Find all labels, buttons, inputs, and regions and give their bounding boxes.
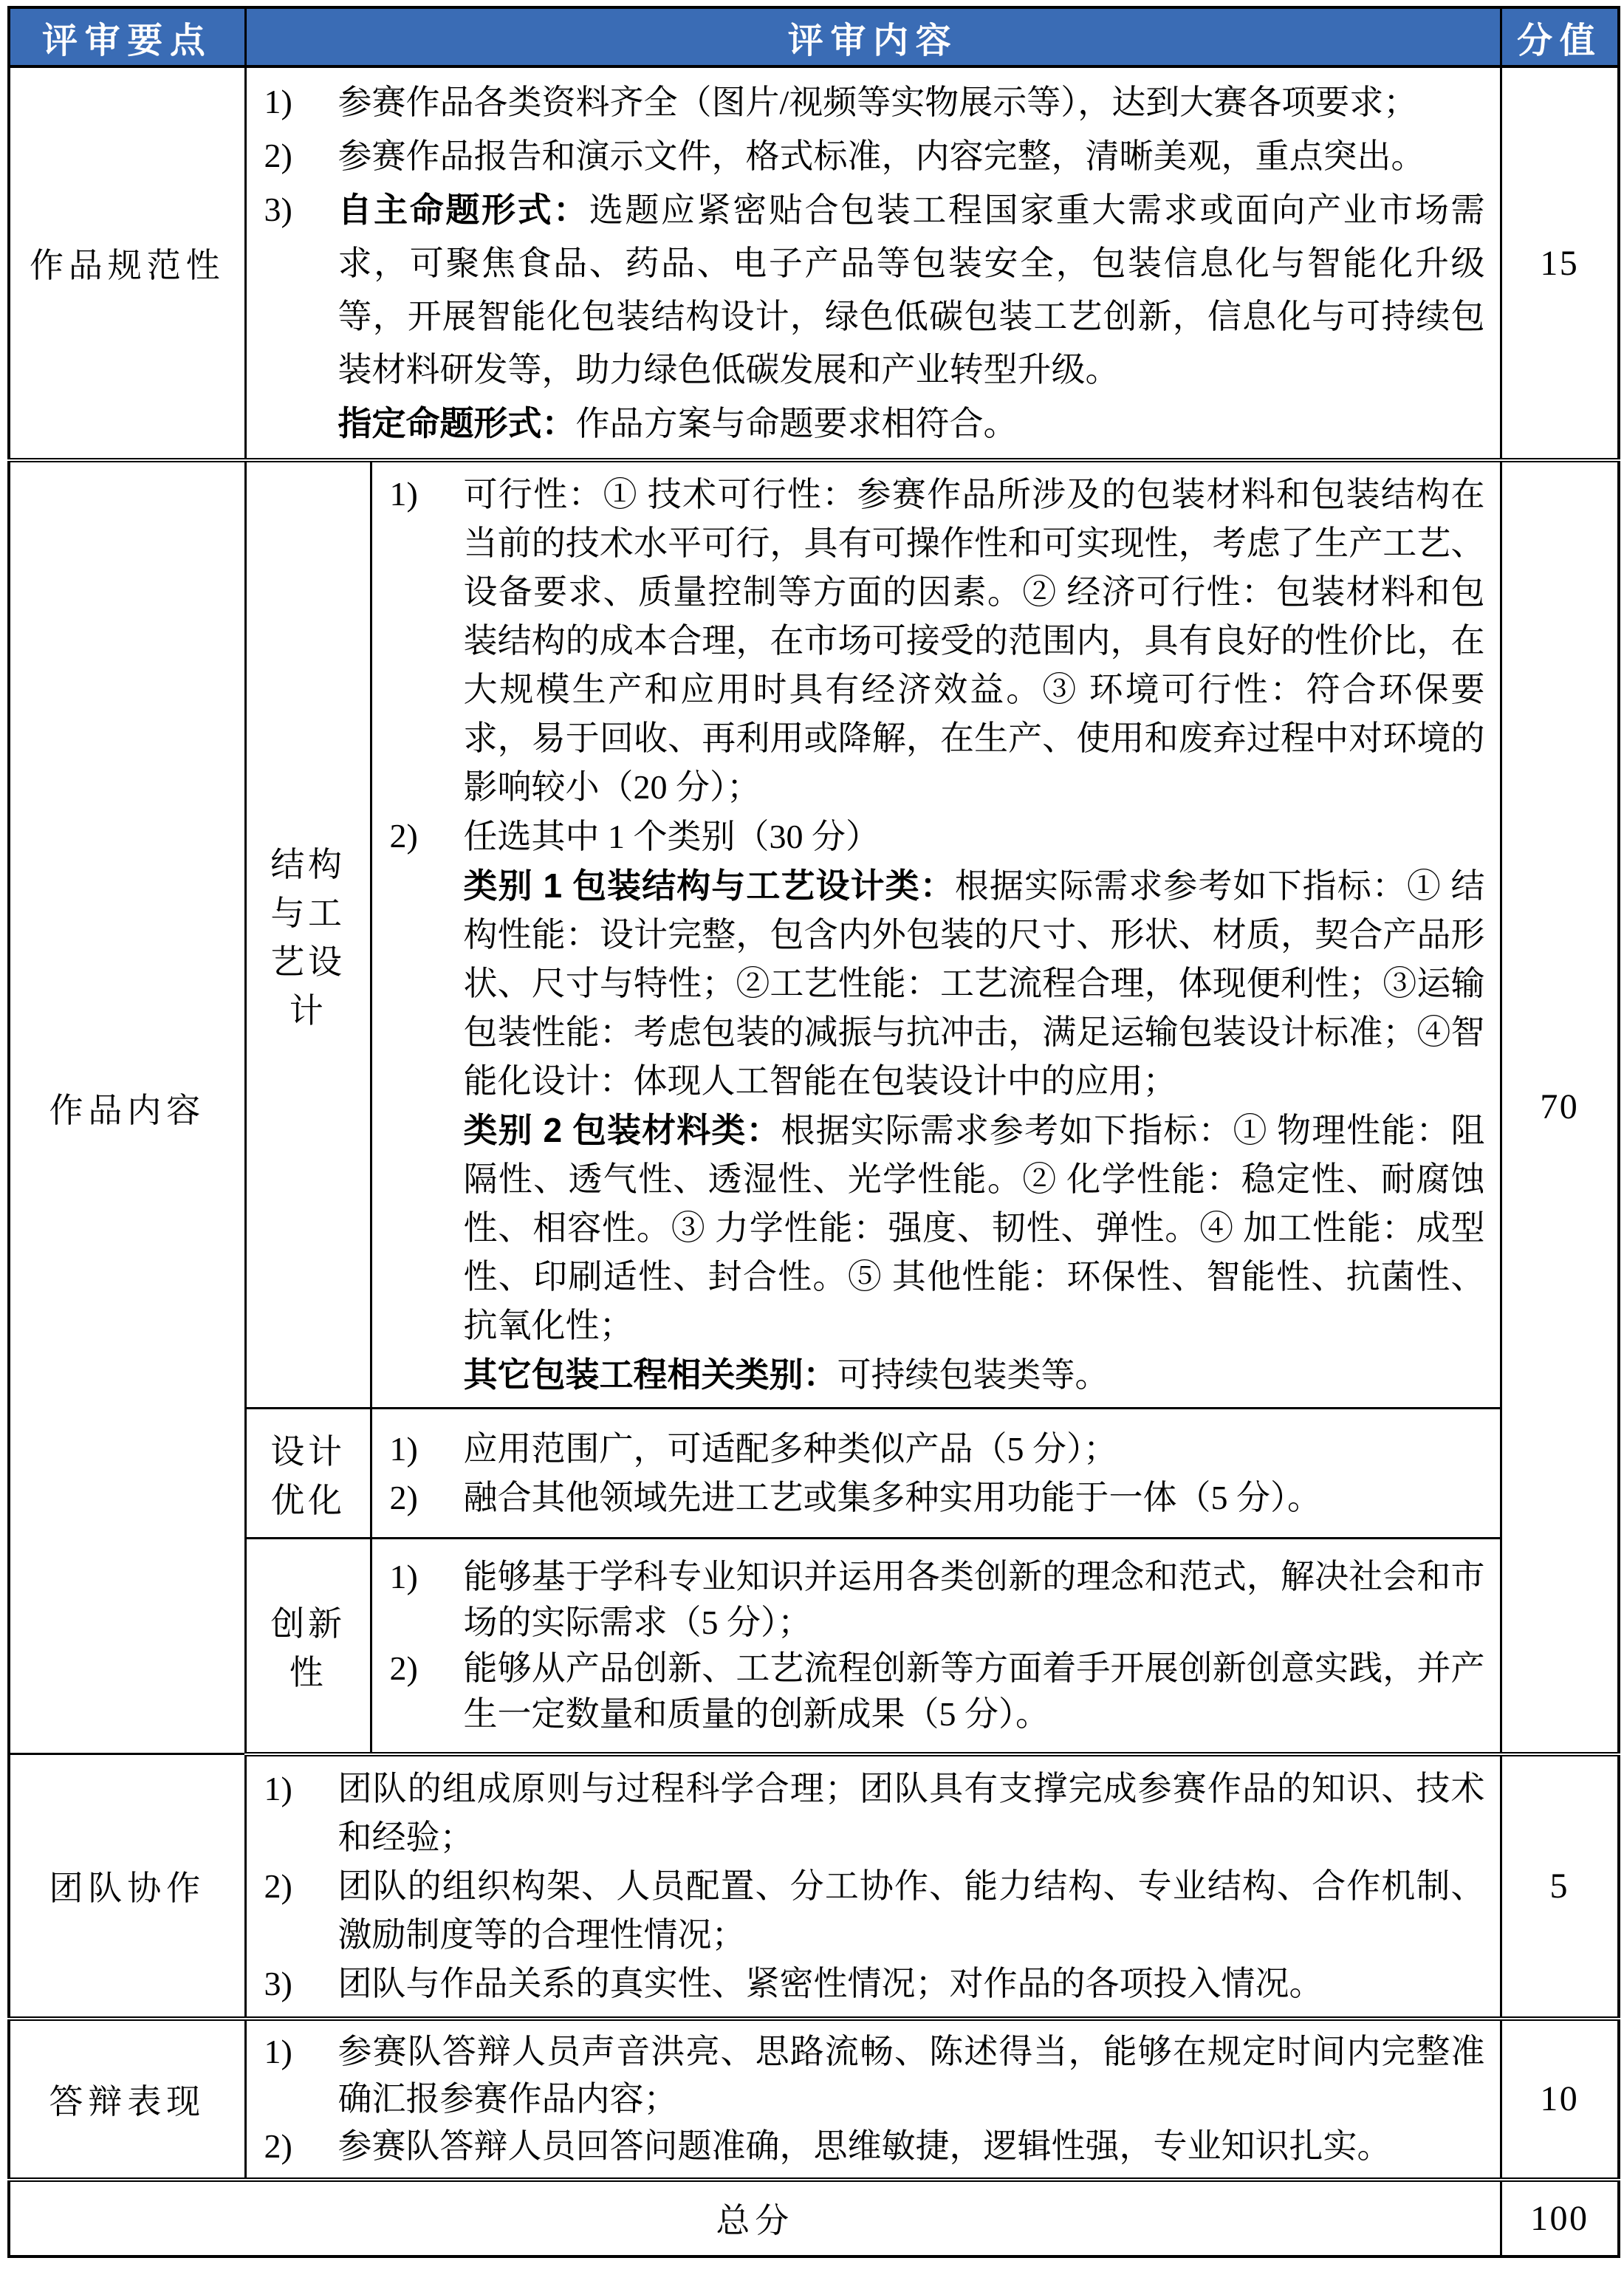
item-text: 团队的组织构架、人员配置、分工协作、能力结构、专业结构、合作机制、激励制度等的合… bbox=[338, 1862, 1485, 1960]
paragraph: 类别 1 包装结构与工艺设计类：根据实际需求参考如下指标：① 结构性能：设计完整… bbox=[464, 861, 1485, 1106]
item-text: 参赛作品各类资料齐全（图片/视频等实物展示等），达到大赛各项要求； bbox=[338, 75, 1485, 129]
list-item: 2) 团队的组织构架、人员配置、分工协作、能力结构、专业结构、合作机制、激励制度… bbox=[264, 1862, 1485, 1960]
list-item: 1) 参赛作品各类资料齐全（图片/视频等实物展示等），达到大赛各项要求； bbox=[264, 75, 1485, 129]
item-number: 3) bbox=[264, 1960, 338, 2008]
paragraph: 任选其中 1 个类别（30 分） bbox=[464, 812, 1485, 861]
item-number: 2) bbox=[390, 812, 464, 1400]
team-content-cell: 1) 团队的组成原则与过程科学合理；团队具有支撑完成参赛作品的知识、技术和经验；… bbox=[245, 1754, 1501, 2019]
text-run: 可持续包装类等。 bbox=[837, 1356, 1109, 1394]
row-label-defense: 答辩表现 bbox=[9, 2019, 245, 2180]
text-run: 融合其他领域先进工艺或集多种实用功能于一体（5 分）。 bbox=[464, 1479, 1322, 1516]
document-page: { "colors":{"header_bg":"#3a6cb5","heade… bbox=[0, 6, 1624, 2289]
row-content-innovation: 创新性 1) 能够基于学科专业知识并运用各类创新的理念和范式，解决社会和市场的实… bbox=[9, 1539, 1619, 1754]
paragraph: 参赛队答辩人员声音洪亮、思路流畅、陈述得当，能够在规定时间内完整准确汇报参赛作品… bbox=[338, 2028, 1485, 2123]
paragraph: 可行性：① 技术可行性：参赛作品所涉及的包装材料和包装结构在当前的技术水平可行，… bbox=[464, 470, 1485, 812]
item-text: 参赛作品报告和演示文件，格式标准，内容完整，清晰美观，重点突出。 bbox=[338, 129, 1485, 183]
item-number: 2) bbox=[390, 1646, 464, 1737]
paragraph: 应用范围广，可适配多种类似产品（5 分）； bbox=[464, 1425, 1485, 1474]
paragraph: 融合其他领域先进工艺或集多种实用功能于一体（5 分）。 bbox=[464, 1474, 1485, 1522]
list-item: 1) 可行性：① 技术可行性：参赛作品所涉及的包装材料和包装结构在当前的技术水平… bbox=[390, 470, 1485, 812]
row-defense: 答辩表现 1) 参赛队答辩人员声音洪亮、思路流畅、陈述得当，能够在规定时间内完整… bbox=[9, 2019, 1619, 2180]
bold-label: 指定命题形式： bbox=[338, 404, 576, 442]
item-text: 参赛队答辩人员声音洪亮、思路流畅、陈述得当，能够在规定时间内完整准确汇报参赛作品… bbox=[338, 2028, 1485, 2123]
sub-label-text: 结构与工艺设计 bbox=[269, 838, 347, 1033]
list-item: 2) 参赛队答辩人员回答问题准确，思维敏捷，逻辑性强，专业知识扎实。 bbox=[264, 2123, 1485, 2170]
text-run: 参赛队答辩人员声音洪亮、思路流畅、陈述得当，能够在规定时间内完整准确汇报参赛作品… bbox=[338, 2033, 1485, 2118]
team-score-cell: 5 bbox=[1501, 1754, 1619, 2019]
design-content-cell: 1) 应用范围广，可适配多种类似产品（5 分）； 2) 融合其他领域先进工艺或集… bbox=[371, 1409, 1501, 1539]
item-number: 1) bbox=[264, 75, 338, 129]
item-text: 能够基于学科专业知识并运用各类创新的理念和范式，解决社会和市场的实际需求（5 分… bbox=[464, 1554, 1485, 1646]
row-content-structure: 作品内容 结构与工艺设计 1) 可行性：① 技术可行性：参赛作品所涉及的包装材料… bbox=[9, 460, 1619, 1409]
content-score-cell: 70 bbox=[1501, 460, 1619, 1754]
row-total: 总分 100 bbox=[9, 2180, 1619, 2257]
review-table: 评审要点 评审内容 分值 作品规范性 1) 参赛作品各类资料齐全（图片/视频等实… bbox=[7, 6, 1620, 2258]
list-item: 2) 参赛作品报告和演示文件，格式标准，内容完整，清晰美观，重点突出。 bbox=[264, 129, 1485, 183]
list-item: 2) 任选其中 1 个类别（30 分） 类别 1 包装结构与工艺设计类：根据实际… bbox=[390, 812, 1485, 1400]
item-number: 1) bbox=[390, 1554, 464, 1646]
list-item: 2) 融合其他领域先进工艺或集多种实用功能于一体（5 分）。 bbox=[390, 1474, 1485, 1522]
row-label-team: 团队协作 bbox=[9, 1754, 245, 2019]
text-run: 任选其中 1 个类别（30 分） bbox=[464, 818, 880, 855]
defense-content-cell: 1) 参赛队答辩人员声音洪亮、思路流畅、陈述得当，能够在规定时间内完整准确汇报参… bbox=[245, 2019, 1501, 2180]
row-label-content: 作品内容 bbox=[9, 460, 245, 1754]
text-run: 团队与作品关系的真实性、紧密性情况；对作品的各项投入情况。 bbox=[338, 1965, 1323, 2002]
text-run: 参赛作品报告和演示文件，格式标准，内容完整，清晰美观，重点突出。 bbox=[338, 137, 1425, 175]
text-run: 能够基于学科专业知识并运用各类创新的理念和范式，解决社会和市场的实际需求（5 分… bbox=[464, 1558, 1485, 1641]
row-content-design: 设计优化 1) 应用范围广，可适配多种类似产品（5 分）； 2) 融合其他领域先… bbox=[9, 1409, 1619, 1539]
item-number: 2) bbox=[264, 1862, 338, 1960]
item-text: 任选其中 1 个类别（30 分） 类别 1 包装结构与工艺设计类：根据实际需求参… bbox=[464, 812, 1485, 1400]
row-team: 团队协作 1) 团队的组成原则与过程科学合理；团队具有支撑完成参赛作品的知识、技… bbox=[9, 1754, 1619, 2019]
paragraph: 参赛队答辩人员回答问题准确，思维敏捷，逻辑性强，专业知识扎实。 bbox=[338, 2123, 1485, 2170]
bold-label: 类别 1 包装结构与工艺设计类： bbox=[464, 866, 955, 905]
paragraph: 指定命题形式：作品方案与命题要求相符合。 bbox=[338, 397, 1485, 451]
item-number: 1) bbox=[264, 2028, 338, 2123]
header-row: 评审要点 评审内容 分值 bbox=[9, 7, 1619, 66]
paragraph: 其它包装工程相关类别：可持续包装类等。 bbox=[464, 1350, 1485, 1400]
paragraph: 参赛作品各类资料齐全（图片/视频等实物展示等），达到大赛各项要求； bbox=[338, 75, 1485, 129]
total-label-cell: 总分 bbox=[9, 2180, 1501, 2257]
text-run: 参赛队答辩人员回答问题准确，思维敏捷，逻辑性强，专业知识扎实。 bbox=[338, 2127, 1391, 2165]
header-score-cell: 分值 bbox=[1501, 7, 1619, 66]
item-text: 应用范围广，可适配多种类似产品（5 分）； bbox=[464, 1425, 1485, 1474]
list-item: 3) 团队与作品关系的真实性、紧密性情况；对作品的各项投入情况。 bbox=[264, 1960, 1485, 2008]
innovation-content-cell: 1) 能够基于学科专业知识并运用各类创新的理念和范式，解决社会和市场的实际需求（… bbox=[371, 1539, 1501, 1754]
item-number: 3) bbox=[264, 183, 338, 451]
text-run: 团队的组成原则与过程科学合理；团队具有支撑完成参赛作品的知识、技术和经验； bbox=[338, 1770, 1485, 1856]
paragraph: 参赛作品报告和演示文件，格式标准，内容完整，清晰美观，重点突出。 bbox=[338, 129, 1485, 183]
text-run: 可行性：① 技术可行性：参赛作品所涉及的包装材料和包装结构在当前的技术水平可行，… bbox=[464, 476, 1485, 806]
item-text: 参赛队答辩人员回答问题准确，思维敏捷，逻辑性强，专业知识扎实。 bbox=[338, 2123, 1485, 2170]
list-item: 1) 应用范围广，可适配多种类似产品（5 分）； bbox=[390, 1425, 1485, 1474]
bold-label: 其它包装工程相关类别： bbox=[464, 1355, 837, 1394]
bold-label: 类别 2 包装材料类： bbox=[464, 1111, 781, 1149]
item-number: 2) bbox=[390, 1474, 464, 1522]
item-text: 能够从产品创新、工艺流程创新等方面着手开展创新创意实践，并产生一定数量和质量的创… bbox=[464, 1646, 1485, 1737]
header-content-cell: 评审内容 bbox=[245, 7, 1501, 66]
sub-label-innovation: 创新性 bbox=[245, 1539, 371, 1754]
item-number: 2) bbox=[264, 129, 338, 183]
item-text: 团队与作品关系的真实性、紧密性情况；对作品的各项投入情况。 bbox=[338, 1960, 1485, 2008]
item-text: 团队的组成原则与过程科学合理；团队具有支撑完成参赛作品的知识、技术和经验； bbox=[338, 1765, 1485, 1862]
header-points-cell: 评审要点 bbox=[9, 7, 245, 66]
text-run: 团队的组织构架、人员配置、分工协作、能力结构、专业结构、合作机制、激励制度等的合… bbox=[338, 1867, 1485, 1954]
row-label-text: 作品内容 bbox=[49, 1092, 205, 1129]
list-item: 1) 团队的组成原则与过程科学合理；团队具有支撑完成参赛作品的知识、技术和经验； bbox=[264, 1765, 1485, 1862]
row-standard: 作品规范性 1) 参赛作品各类资料齐全（图片/视频等实物展示等），达到大赛各项要… bbox=[9, 66, 1619, 460]
paragraph: 团队与作品关系的真实性、紧密性情况；对作品的各项投入情况。 bbox=[338, 1960, 1485, 2008]
sub-label-text: 创新性 bbox=[269, 1597, 347, 1694]
row-label-standard: 作品规范性 bbox=[9, 66, 245, 460]
list-item: 3) 自主命题形式：选题应紧密贴合包装工程国家重大需求或面向产业市场需求，可聚焦… bbox=[264, 183, 1485, 451]
text-run: 能够从产品创新、工艺流程创新等方面着手开展创新创意实践，并产生一定数量和质量的创… bbox=[464, 1649, 1485, 1733]
paragraph: 类别 2 包装材料类：根据实际需求参考如下指标：① 物理性能：阻隔性、透气性、透… bbox=[464, 1106, 1485, 1350]
total-score-cell: 100 bbox=[1501, 2180, 1619, 2257]
defense-score-cell: 10 bbox=[1501, 2019, 1619, 2180]
list-item: 1) 能够基于学科专业知识并运用各类创新的理念和范式，解决社会和市场的实际需求（… bbox=[390, 1554, 1485, 1646]
sub-label-structure: 结构与工艺设计 bbox=[245, 460, 371, 1409]
list-item: 1) 参赛队答辩人员声音洪亮、思路流畅、陈述得当，能够在规定时间内完整准确汇报参… bbox=[264, 2028, 1485, 2123]
item-text: 可行性：① 技术可行性：参赛作品所涉及的包装材料和包装结构在当前的技术水平可行，… bbox=[464, 470, 1485, 812]
paragraph: 团队的组织构架、人员配置、分工协作、能力结构、专业结构、合作机制、激励制度等的合… bbox=[338, 1862, 1485, 1960]
bold-label: 自主命题形式： bbox=[338, 191, 589, 229]
item-number: 1) bbox=[390, 1425, 464, 1474]
paragraph: 能够基于学科专业知识并运用各类创新的理念和范式，解决社会和市场的实际需求（5 分… bbox=[464, 1554, 1485, 1646]
text-run: 作品方案与命题要求相符合。 bbox=[576, 405, 1018, 442]
list-item: 2) 能够从产品创新、工艺流程创新等方面着手开展创新创意实践，并产生一定数量和质… bbox=[390, 1646, 1485, 1737]
standard-content-cell: 1) 参赛作品各类资料齐全（图片/视频等实物展示等），达到大赛各项要求； 2) … bbox=[245, 66, 1501, 460]
text-run: 应用范围广，可适配多种类似产品（5 分）； bbox=[464, 1430, 1118, 1468]
item-text: 自主命题形式：选题应紧密贴合包装工程国家重大需求或面向产业市场需求，可聚焦食品、… bbox=[338, 183, 1485, 451]
structure-content-cell: 1) 可行性：① 技术可行性：参赛作品所涉及的包装材料和包装结构在当前的技术水平… bbox=[371, 460, 1501, 1409]
item-number: 1) bbox=[264, 1765, 338, 1862]
standard-score-cell: 15 bbox=[1501, 66, 1619, 460]
paragraph: 能够从产品创新、工艺流程创新等方面着手开展创新创意实践，并产生一定数量和质量的创… bbox=[464, 1646, 1485, 1737]
text-run: 参赛作品各类资料齐全（图片/视频等实物展示等），达到大赛各项要求； bbox=[338, 83, 1418, 121]
sub-label-design: 设计优化 bbox=[245, 1409, 371, 1539]
sub-label-text: 设计优化 bbox=[269, 1425, 347, 1522]
item-number: 1) bbox=[390, 470, 464, 812]
paragraph: 团队的组成原则与过程科学合理；团队具有支撑完成参赛作品的知识、技术和经验； bbox=[338, 1765, 1485, 1862]
paragraph: 自主命题形式：选题应紧密贴合包装工程国家重大需求或面向产业市场需求，可聚焦食品、… bbox=[338, 183, 1485, 397]
item-number: 2) bbox=[264, 2123, 338, 2170]
item-text: 融合其他领域先进工艺或集多种实用功能于一体（5 分）。 bbox=[464, 1474, 1485, 1522]
